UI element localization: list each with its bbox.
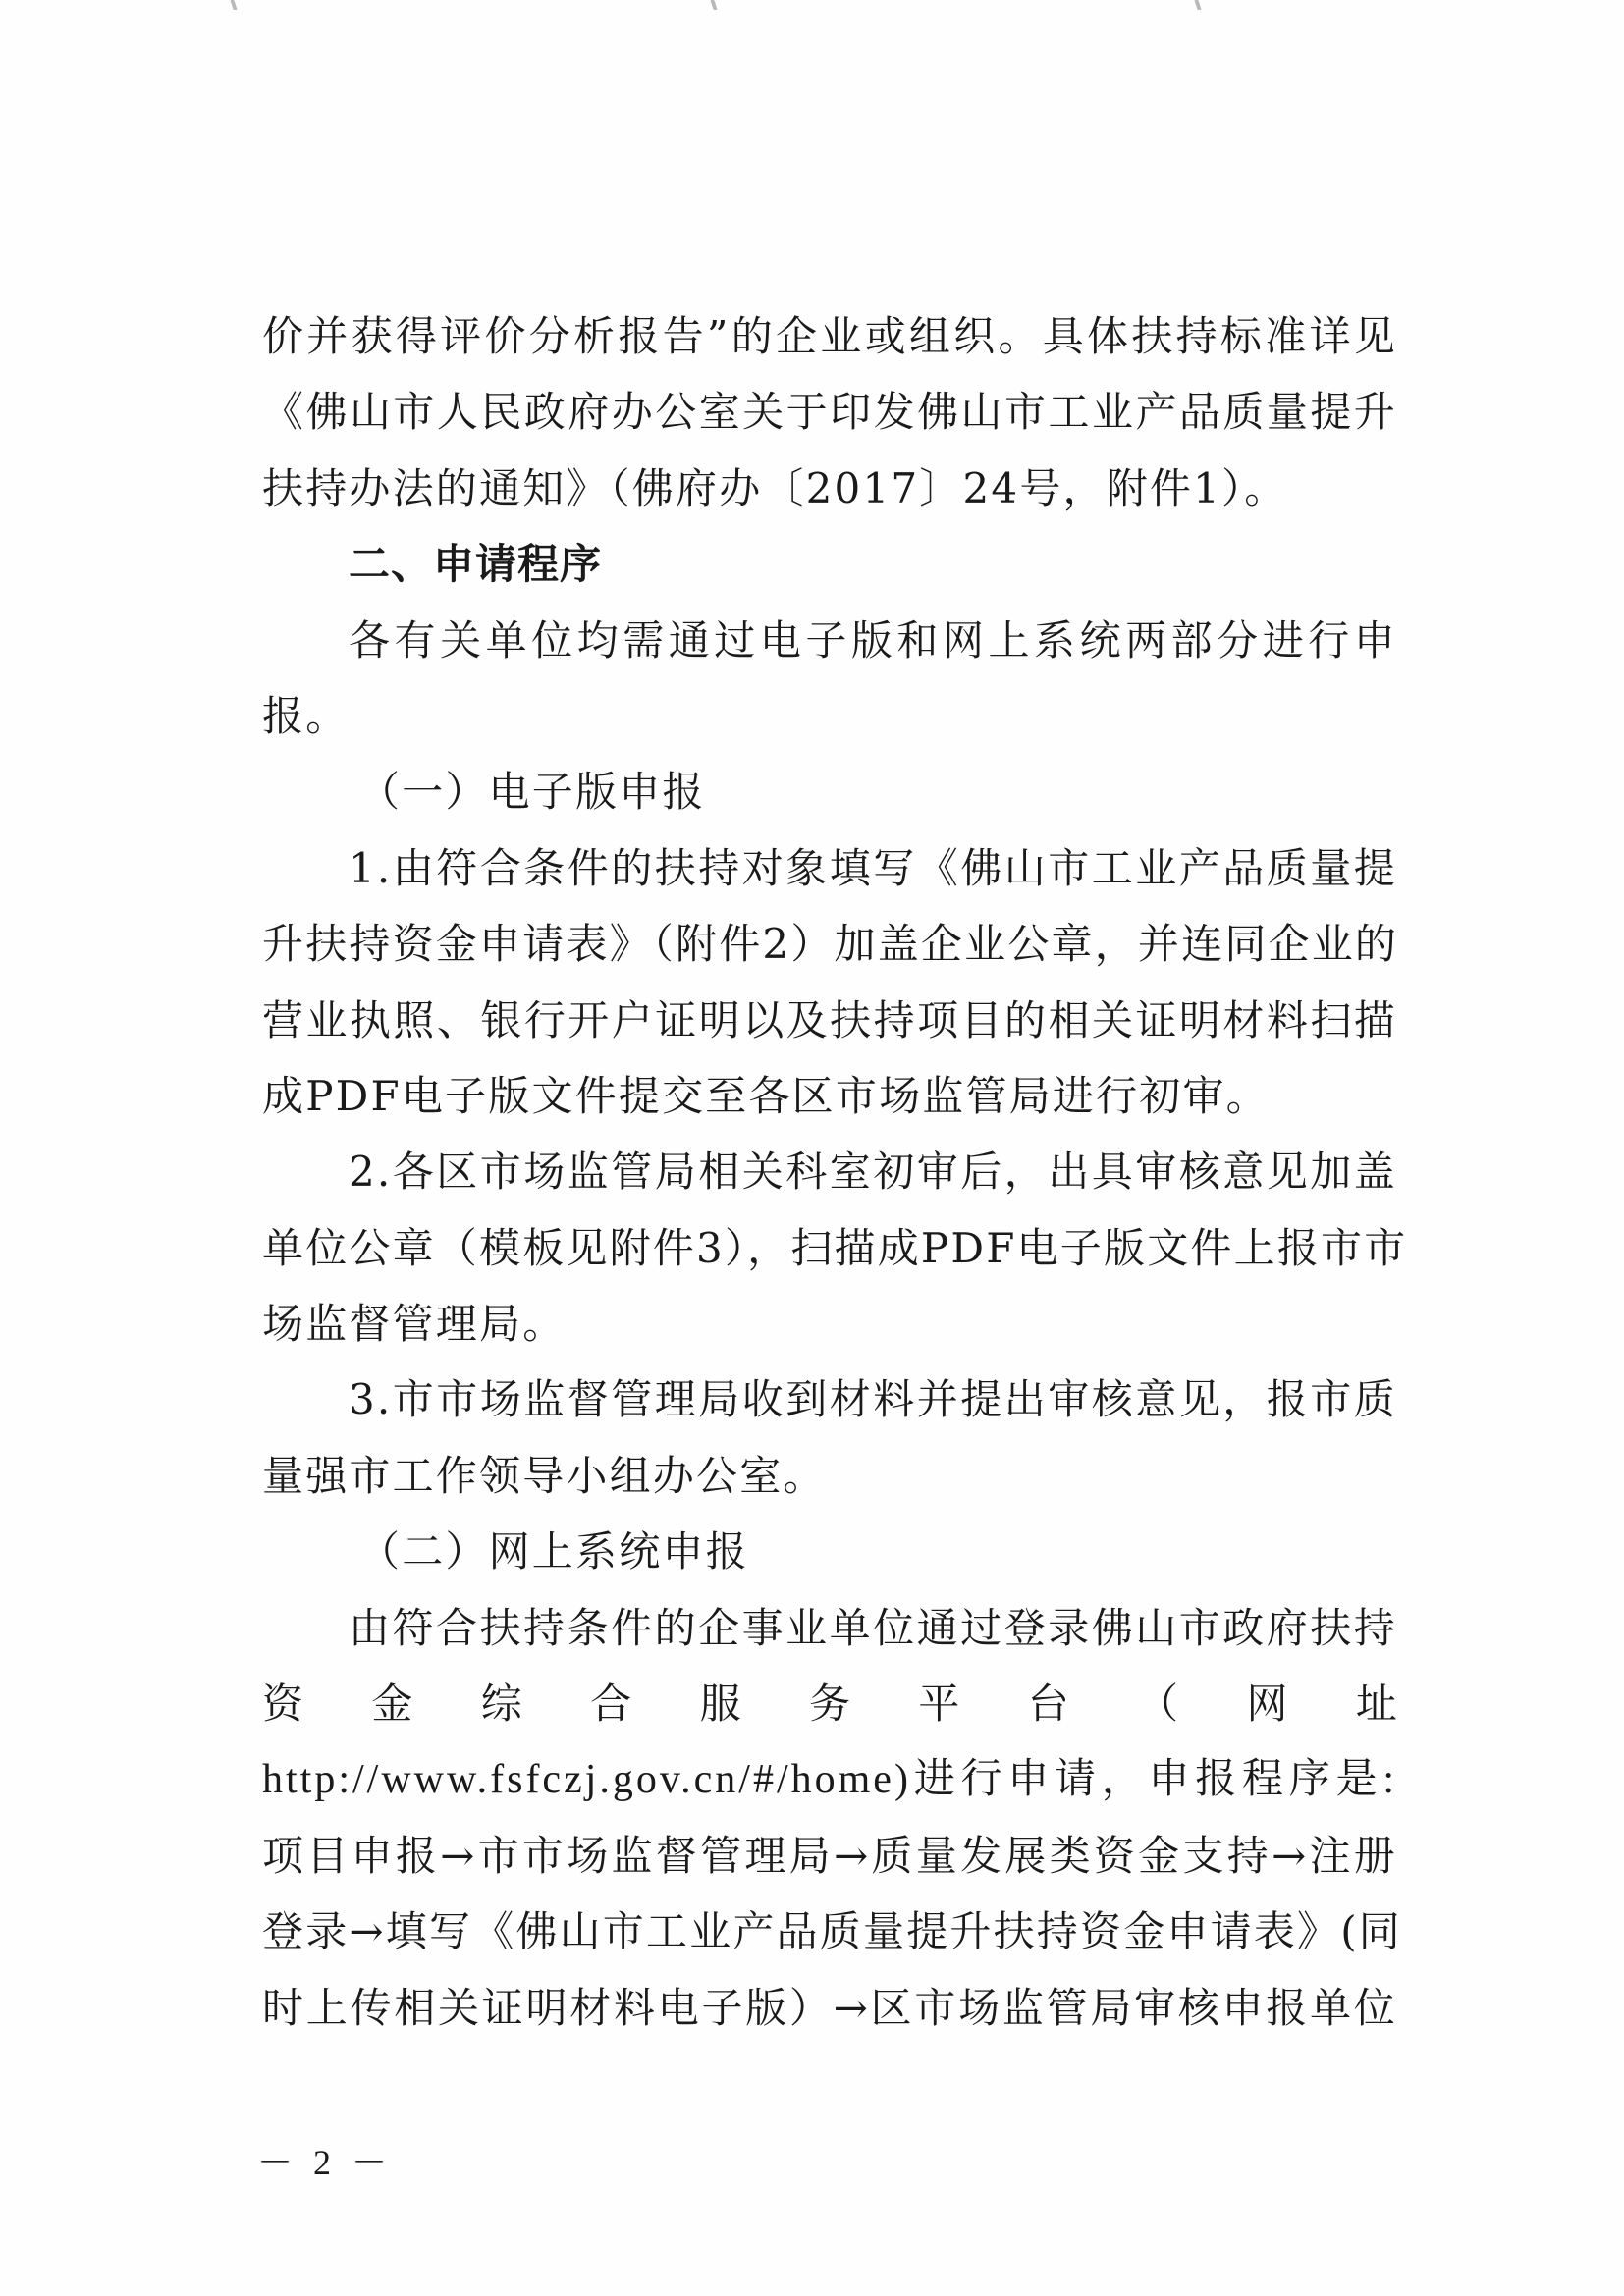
subsection-heading: （一）电子版申报 xyxy=(262,762,1397,837)
paragraph-line: 扶持办法的通知》（佛府办〔2017〕24号，附件1）。 xyxy=(262,458,1397,534)
page-number: － 2 － xyxy=(257,2135,393,2185)
scan-artifact xyxy=(710,0,717,10)
subsection-heading: （二）网上系统申报 xyxy=(262,1522,1397,1597)
paragraph-line: 各有关单位均需通过电子版和网上系统两部分进行申 xyxy=(262,611,1397,686)
paragraph-line: 2.各区市场监管局相关科室初审后，出具审核意见加盖 xyxy=(262,1142,1397,1217)
url-line: http://www.fsfczj.gov.cn/#/home)进行申请，申报程… xyxy=(262,1749,1397,1825)
spaced-char: 服 xyxy=(700,1674,741,1749)
spaced-char: 址 xyxy=(1356,1674,1397,1749)
paragraph-line: 时上传相关证明材料电子版）→区市场监管局审核申报单位 xyxy=(262,1978,1397,2054)
paragraph-line: 由符合扶持条件的企事业单位通过登录佛山市政府扶持 xyxy=(262,1598,1397,1674)
paragraph-line: 量强市工作领导小组办公室。 xyxy=(262,1446,1397,1522)
paragraph-line: 营业执照、银行开户证明以及扶持项目的相关证明材料扫描 xyxy=(262,990,1397,1066)
spaced-char: 综 xyxy=(481,1674,522,1749)
scan-artifact xyxy=(1194,0,1201,10)
paragraph-line: 《佛山市人民政府办公室关于印发佛山市工业产品质量提升 xyxy=(262,382,1397,457)
spaced-char: 合 xyxy=(590,1674,631,1749)
paragraph-line: 价并获得评价分析报告”的企业或组织。具体扶持标准详见 xyxy=(262,306,1397,382)
spaced-char: 金 xyxy=(371,1674,412,1749)
paragraph-line: 资金综合服务平台（网址 xyxy=(262,1674,1397,1749)
paragraph-line: 成PDF电子版文件提交至各区市场监管局进行初审。 xyxy=(262,1066,1397,1142)
spaced-char: 平 xyxy=(918,1674,959,1749)
paragraph-line: 1.由符合条件的扶持对象填写《佛山市工业产品质量提 xyxy=(262,838,1397,914)
document-page: 价并获得评价分析报告”的企业或组织。具体扶持标准详见 《佛山市人民政府办公室关于… xyxy=(0,0,1624,2296)
paragraph-line: 单位公章（模板见附件3），扫描成PDF电子版文件上报市市 xyxy=(262,1218,1397,1294)
paragraph-line: 3.市市场监督管理局收到材料并提出审核意见，报市质 xyxy=(262,1369,1397,1445)
paragraph-line: 场监督管理局。 xyxy=(262,1294,1397,1369)
spaced-char: 资 xyxy=(262,1674,303,1749)
paragraph-line: 升扶持资金申请表》（附件2）加盖企业公章，并连同企业的 xyxy=(262,914,1397,989)
spaced-char: 台 xyxy=(1028,1674,1069,1749)
spaced-char: 网 xyxy=(1247,1674,1288,1749)
paragraph-line: 项目申报→市市场监督管理局→质量发展类资金支持→注册 xyxy=(262,1826,1397,1901)
spaced-char: 务 xyxy=(809,1674,850,1749)
scan-artifact xyxy=(230,0,237,10)
spaced-char: （ xyxy=(1137,1674,1178,1749)
paragraph-line: 登录→填写《佛山市工业产品质量提升扶持资金申请表》(同 xyxy=(262,1901,1397,1977)
paragraph-line: 报。 xyxy=(262,686,1397,762)
section-heading: 二、申请程序 xyxy=(262,534,1397,610)
document-body: 价并获得评价分析报告”的企业或组织。具体扶持标准详见 《佛山市人民政府办公室关于… xyxy=(262,306,1397,2054)
